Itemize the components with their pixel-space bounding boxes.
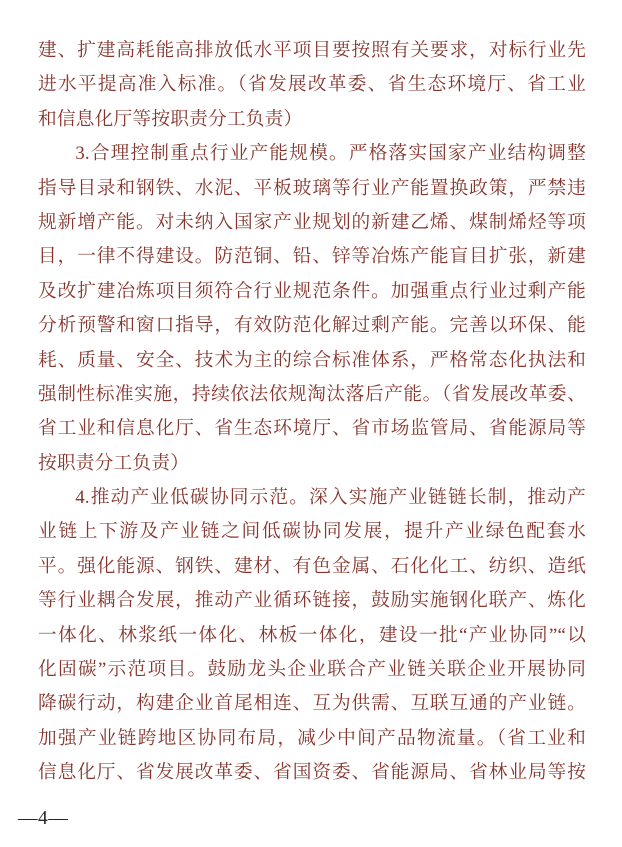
text-line: 指导目录和钢铁、水泥、平板玻璃等行业产能置换政策，严禁违 [38,172,586,206]
text-line: 耗、质量、安全、技术为主的综合标准体系，严格常态化执法和 [38,344,586,378]
text-line: 3.合理控制重点行业产能规模。严格落实国家产业结构调整 [38,137,586,171]
text-line: 加强产业链跨地区协同布局，减少中间产品物流量。（省工业和 [38,722,586,756]
paragraph: 建、扩建高耗能高排放低水平项目要按照有关要求，对标行业先进水平提高准入标准。（省… [38,34,586,137]
text-line: 4.推动产业低碳协同示范。深入实施产业链链长制，推动产 [38,481,586,515]
document-page: 建、扩建高耗能高排放低水平项目要按照有关要求，对标行业先进水平提高准入标准。（省… [0,0,622,847]
page-number: —4— [18,806,68,832]
text-line: 建、扩建高耗能高排放低水平项目要按照有关要求，对标行业先 [38,34,586,68]
text-line: 信息化厅、省发展改革委、省国资委、省能源局、省林业局等按 [38,756,586,790]
text-line: 省工业和信息化厅、省生态环境厅、省市场监管局、省能源局等 [38,412,586,446]
paragraph: 4.推动产业低碳协同示范。深入实施产业链链长制，推动产业链上下游及产业链之间低碳… [38,481,586,791]
text-line: 强制性标准实施，持续依法依规淘汰落后产能。（省发展改革委、 [38,378,586,412]
text-line: 化固碳”示范项目。鼓励龙头企业联合产业链关联企业开展协同 [38,653,586,687]
text-line: 分析预警和窗口指导，有效防范化解过剩产能。完善以环保、能 [38,309,586,343]
text-line: 规新增产能。对未纳入国家产业规划的新建乙烯、煤制烯烃等项 [38,206,586,240]
text-line: 进水平提高准入标准。（省发展改革委、省生态环境厅、省工业 [38,68,586,102]
text-line: 按职责分工负责） [38,447,586,481]
text-line: 等行业耦合发展，推动产业循环链接，鼓励实施钢化联产、炼化 [38,584,586,618]
text-line: 及改扩建冶炼项目须符合行业规范条件。加强重点行业过剩产能 [38,275,586,309]
paragraph: 3.合理控制重点行业产能规模。严格落实国家产业结构调整指导目录和钢铁、水泥、平板… [38,137,586,481]
text-line: 目，一律不得建设。防范铜、铅、锌等冶炼产能盲目扩张，新建 [38,240,586,274]
text-line: 一体化、林浆纸一体化、林板一体化，建设一批“产业协同”“以 [38,619,586,653]
document-body: 建、扩建高耗能高排放低水平项目要按照有关要求，对标行业先进水平提高准入标准。（省… [38,34,586,791]
text-line: 业链上下游及产业链之间低碳协同发展，提升产业绿色配套水 [38,515,586,549]
text-line: 平。强化能源、钢铁、建材、有色金属、石化化工、纺织、造纸 [38,550,586,584]
text-line: 和信息化厅等按职责分工负责） [38,103,586,137]
text-line: 降碳行动，构建企业首尾相连、互为供需、互联互通的产业链。 [38,687,586,721]
